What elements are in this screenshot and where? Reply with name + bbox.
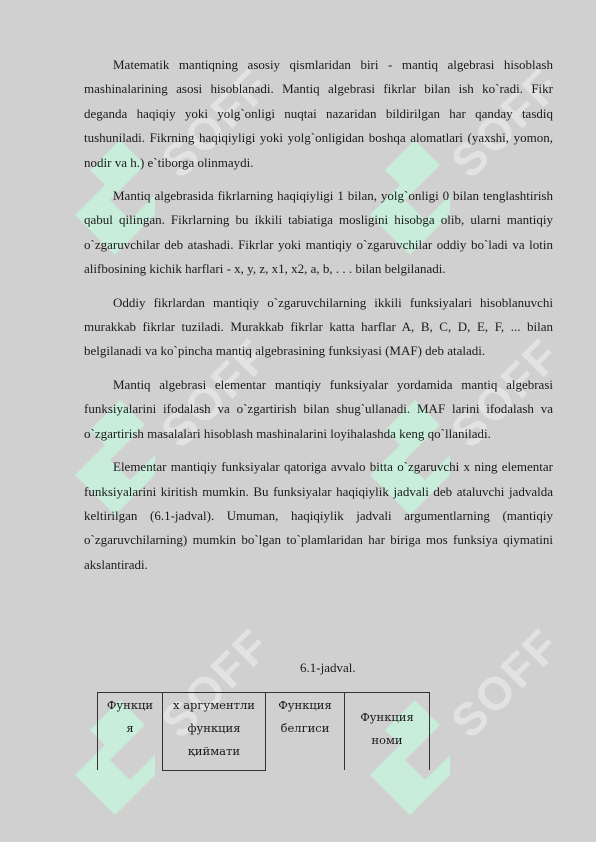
- paragraph: Mantiq algebrasi elementar mantiqiy funk…: [84, 373, 553, 446]
- watermark-text: SOFF: [440, 618, 571, 749]
- table-header-cell: Функция белгиси: [266, 693, 345, 771]
- paragraph: Mantiq algebrasida fikrlarning haqiqiyli…: [84, 184, 553, 282]
- paragraph: Matematik mantiqning asosiy qismlaridan …: [84, 53, 553, 175]
- document-body: Matematik mantiqning asosiy qismlaridan …: [84, 53, 553, 586]
- truth-table: Функци я x аргументли функция қиймати Фу…: [97, 692, 430, 771]
- paragraph: Elementar mantiqiy funksiyalar qatoriga …: [84, 455, 553, 577]
- table-header-cell: Функци я: [98, 693, 163, 771]
- table-header-cell: x аргументли функция қиймати: [163, 693, 266, 771]
- table-caption: 6.1-jadval.: [300, 660, 356, 676]
- table-header-row: Функци я x аргументли функция қиймати Фу…: [98, 693, 430, 771]
- table-header-text: Функция номи: [349, 706, 425, 752]
- table-header-cell: Функция номи: [345, 693, 430, 771]
- paragraph: Oddiy fikrlardan mantiqiy o`zgaruvchilar…: [84, 291, 553, 364]
